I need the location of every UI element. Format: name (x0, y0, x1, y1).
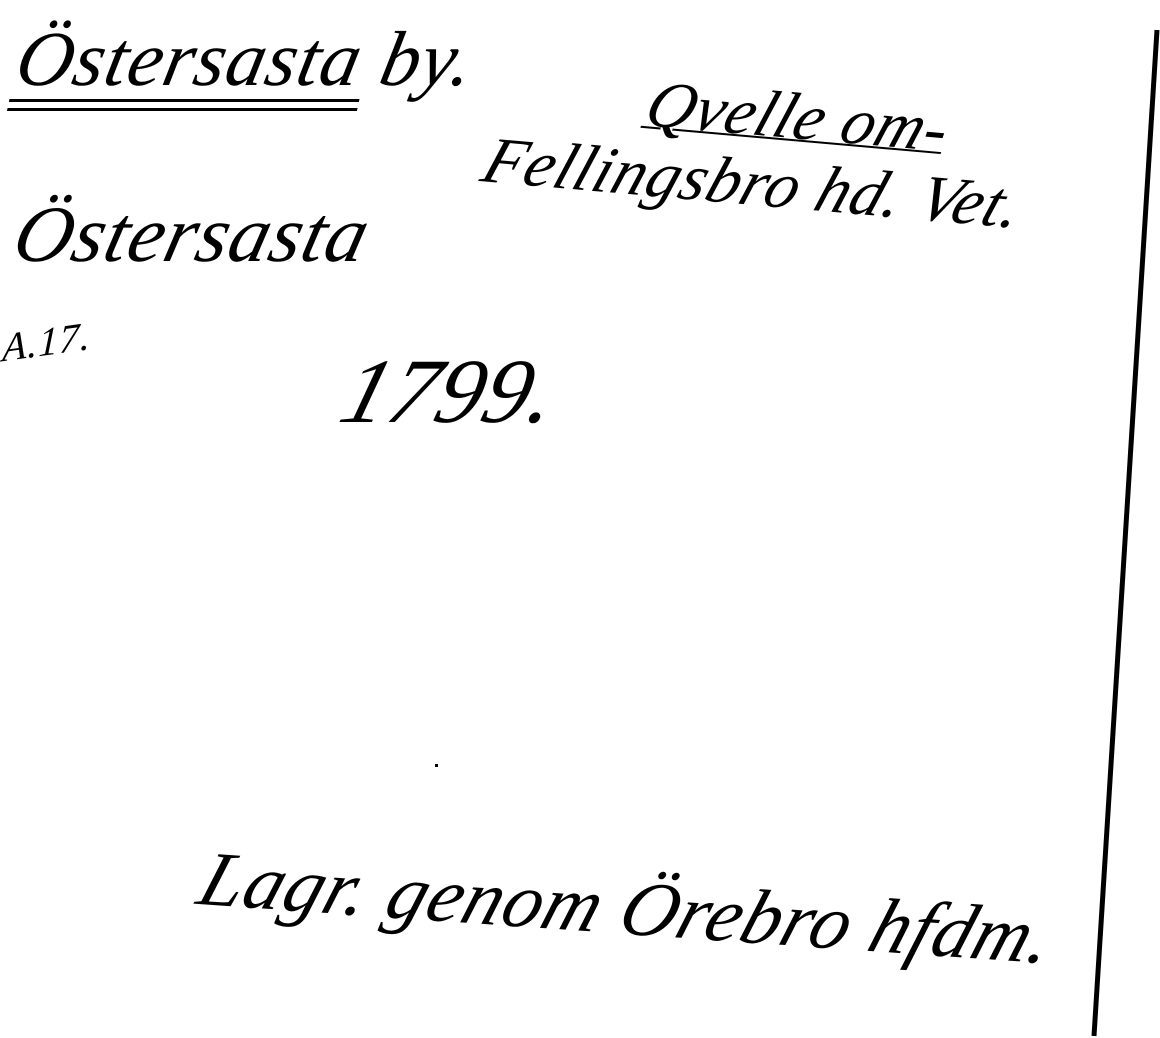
entry-name: Östersasta (6, 195, 378, 275)
ink-dot (435, 764, 438, 767)
entry-year: 1799. (332, 345, 570, 437)
reference-number: A.17. (2, 315, 92, 368)
card-title: Östersasta by. (10, 20, 483, 98)
title-suffix: by. (373, 15, 483, 102)
title-place-name: Östersasta (10, 20, 370, 98)
source-reference: Qvelle om- Fellingsbro hd. Vet. (474, 60, 1056, 239)
footnote: Lagr. genom Örebro hfdm. (190, 840, 1065, 976)
